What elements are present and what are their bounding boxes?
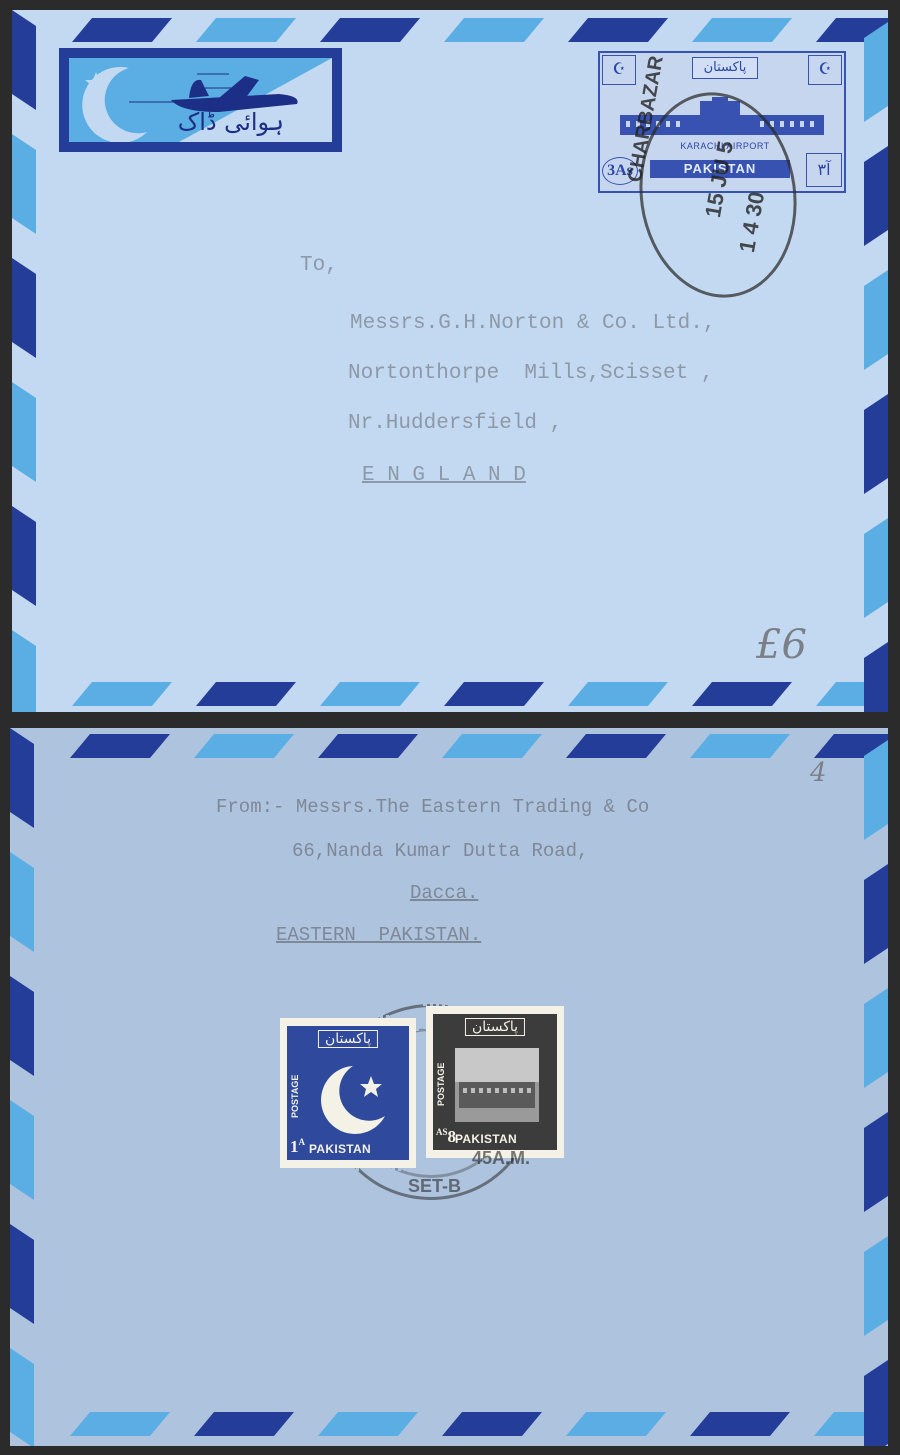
stamp-value-urdu: ۳آ [806,153,842,187]
pencil-note: 4 [810,758,827,788]
crescent-star-icon: ☪ [602,55,636,85]
postmark-bottom: SET-B [408,1176,461,1197]
stamp-postage-label: POSTAGE [436,1052,448,1116]
stamp-urdu-title: پاکستان [318,1030,378,1048]
pencil-price-note: £6 [756,622,807,668]
airmail-label: ہوائی ڈاک [59,48,342,152]
aerogramme-back: 4 From:- Messrs.The Eastern Trading & Co… [10,728,888,1446]
airmail-urdu-text: ہوائی ڈاک [178,108,284,136]
stamp-urdu-title: پاکستان [692,57,758,79]
sender-line: From:- Messrs.The Eastern Trading & Co [216,796,649,818]
stamp-value: AS8 [436,1127,456,1147]
sender-line: 66,Nanda Kumar Dutta Road, [292,840,588,862]
crescent-star-icon: ☪ [808,55,842,85]
sender-country: EASTERN PAKISTAN. [276,924,481,946]
stamp-value: 1A [290,1137,305,1157]
crescent-star-icon [313,1062,393,1138]
stamp-8-annas: پاکستان POSTAGE AS8 PAKISTAN [426,1006,564,1158]
stamp-postage-label: POSTAGE [290,1064,302,1128]
stamp-urdu-title: پاکستان [465,1018,525,1036]
address-salutation: To, [300,254,338,277]
building-icon [455,1048,539,1122]
aerogramme-front: ہوائی ڈاک ☪ ☪ پاکستان KARACHI AIRPORT 3A… [12,10,888,712]
postmark-time: 45A.M. [472,1148,530,1169]
address-line: Messrs.G.H.Norton & Co. Ltd., [350,312,715,335]
stamp-1-anna: پاکستان POSTAGE 1A PAKISTAN [280,1018,416,1168]
address-line: Nr.Huddersfield , [348,412,562,435]
address-country: E N G L A N D [362,464,526,487]
address-line: Nortonthorpe Mills,Scisset , [348,362,713,385]
crescent-icon [82,67,147,142]
sender-city: Dacca. [410,882,478,904]
stamp-country: PAKISTAN [309,1142,371,1156]
stamp-country: PAKISTAN [455,1132,517,1146]
